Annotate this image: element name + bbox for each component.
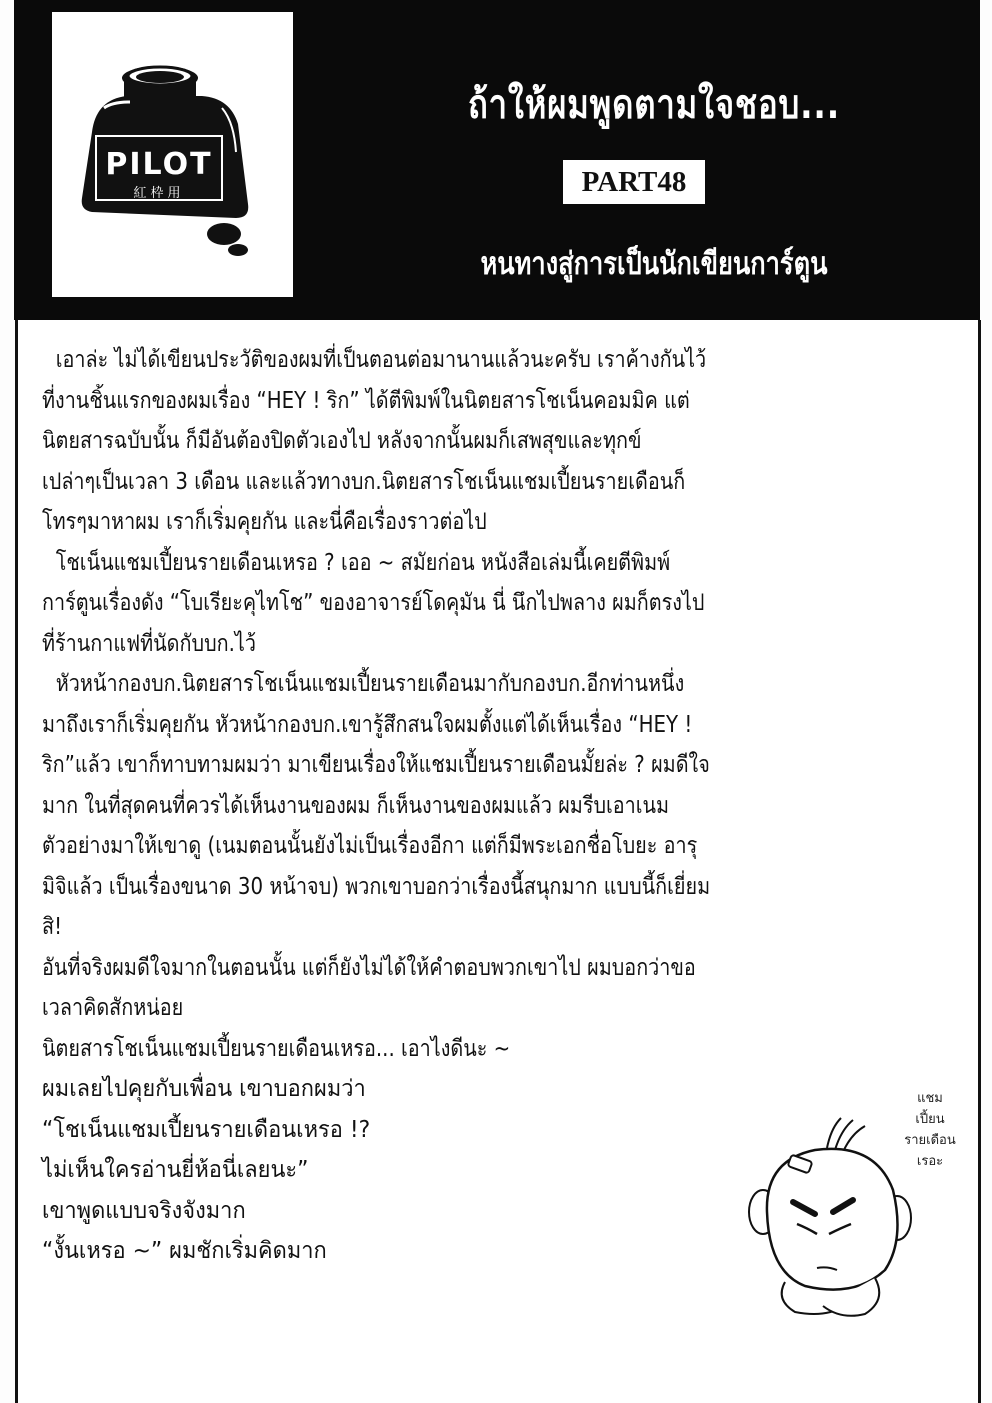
body-line: นิตยสารฉบับนั้น ก็มีอันต้องปิดตัวเองไป ห… [42,421,833,462]
logo-kanji-text: 紅枠用 [133,185,184,201]
bald-character-arms-crossed-icon [745,1100,920,1320]
body-line: มิจิแล้ว เป็นเรื่องขนาด 30 หน้าจบ) พวกเข… [42,867,833,908]
body-line: เวลาคิดสักหน่อย [42,988,833,1029]
body-line: นิตยสารโชเน็นแชมเปี้ยนรายเดือนเหรอ... เอ… [42,1029,833,1070]
manga-essay-page: PILOT 紅枠用 ถ้าให้ผมพูดตามใจชอบ... PART48 … [0,0,992,1403]
body-line: ที่ร้านกาแฟที่นัดกับบก.ไว้ [42,624,833,665]
body-line: การ์ตูนเรื่องดัง “โบเรียะคุไทโช” ของอาจา… [42,583,833,624]
body-line: ริก”แล้ว เขาก็ทาบทามผมว่า มาเขียนเรื่องใ… [42,745,833,786]
ink-bottle-icon: PILOT 紅枠用 [52,12,293,297]
body-line: มาถึงเราก็เริ่มคุยกัน หัวหน้ากองบก.เขารู… [42,705,833,746]
page-subtitle: หนทางสู่การเป็นนักเขียนการ์ตูน [400,238,908,288]
body-line: ตัวอย่างมาให้เขาดู (เนมตอนนั้นยังไม่เป็น… [42,826,833,867]
page-title: ถ้าให้ผมพูดตามใจชอบ... [400,72,908,136]
body-line: สิ! [42,907,833,948]
body-line: อันที่จริงผมดีใจมากในตอนนั้น แต่ก็ยังไม่… [42,948,833,989]
body-line: โชเน็นแชมเปี้ยนรายเดือนเหรอ ? เออ ~ สมัย… [42,543,833,584]
body-line: เอาล่ะ ไม่ได้เขียนประวัติของผมที่เป็นตอน… [42,340,833,381]
part-badge: PART48 [563,160,705,204]
body-line: ที่งานชิ้นแรกของผมเรื่อง “HEY ! ริก” ได้… [42,381,833,422]
body-line: มาก ในที่สุดคนที่ควรได้เห็นงานของผม ก็เห… [42,786,833,827]
logo-panel: PILOT 紅枠用 [52,12,293,297]
logo-brand-text: PILOT [105,147,212,182]
body-line: โทรๆมาหาผม เราก็เริ่มคุยกัน และนี่คือเรื… [42,502,833,543]
body-line: หัวหน้ากองบก.นิตยสารโชเน็นแชมเปี้ยนรายเด… [42,664,833,705]
header-band: PILOT 紅枠用 ถ้าให้ผมพูดตามใจชอบ... PART48 … [14,0,980,320]
body-line: เปล่าๆเป็นเวลา 3 เดือน และแล้วทางบก.นิตย… [42,462,833,503]
